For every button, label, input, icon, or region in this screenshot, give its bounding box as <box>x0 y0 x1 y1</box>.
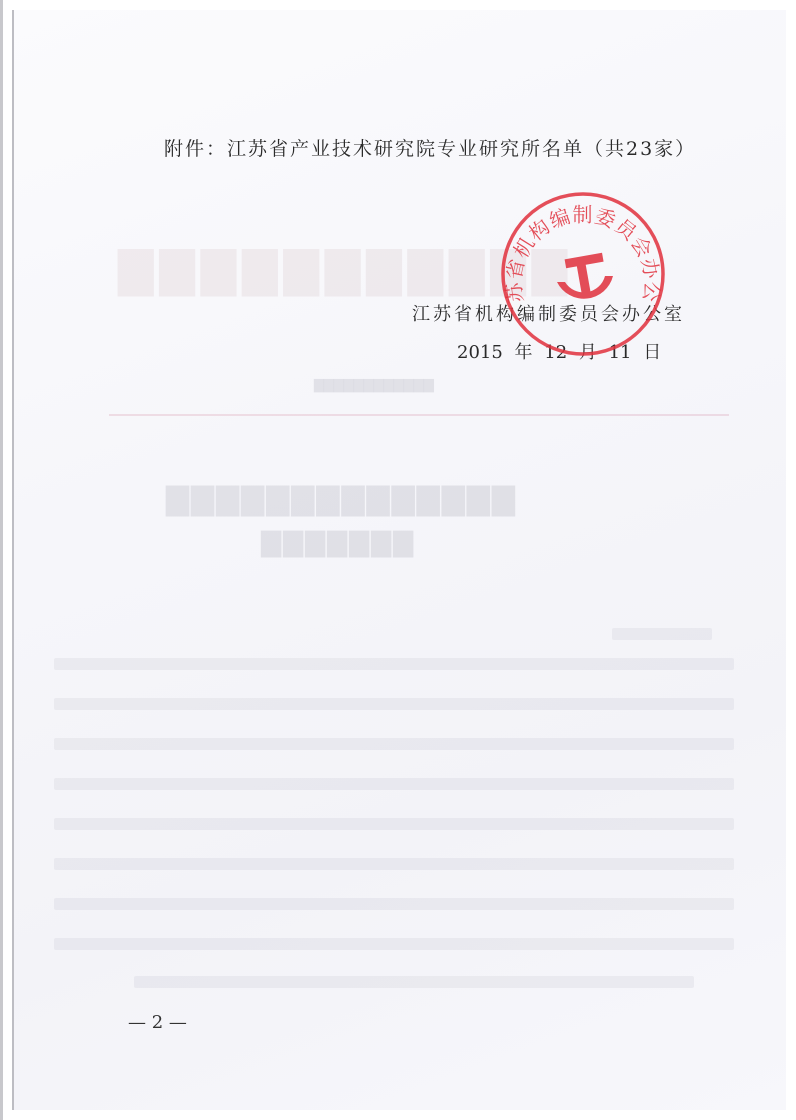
bleed-through-line <box>612 628 712 640</box>
document-page: ▇▇▇▇▇▇▇▇▇▇▇ ▇▇▇▇▇▇▇▇▇▇▇▇ ▇▇▇▇▇▇▇▇▇▇▇▇▇▇ … <box>12 10 786 1110</box>
bleed-through-line <box>54 898 734 910</box>
page-number: — 2 — <box>128 1012 187 1033</box>
bleed-through-line <box>54 738 734 750</box>
official-seal: 江苏省机构编制委员会办公室 <box>499 190 667 358</box>
bleed-through-line <box>54 778 734 790</box>
bleed-through-docno: ▇▇▇▇▇▇▇▇▇▇▇▇ <box>314 378 434 393</box>
attachment-line: 附件：江苏省产业技术研究院专业研究所名单（共23家） <box>164 134 696 161</box>
bleed-through-rule <box>109 414 729 416</box>
bleed-through-title: ▇▇▇▇▇▇▇▇▇▇▇▇▇▇ <box>164 482 515 517</box>
bleed-through-line <box>54 858 734 870</box>
hammer-and-sickle-icon <box>557 253 613 299</box>
bleed-through-line <box>54 698 734 710</box>
bleed-through-line <box>54 818 734 830</box>
official-seal-graphic: 江苏省机构编制委员会办公室 <box>499 190 667 358</box>
bleed-through-line <box>134 976 694 988</box>
bleed-through-line <box>54 938 734 950</box>
bleed-through-line <box>54 658 734 670</box>
bleed-through-subtitle: ▇▇▇▇▇▇▇ <box>259 528 413 558</box>
scan-edge <box>0 0 3 1120</box>
